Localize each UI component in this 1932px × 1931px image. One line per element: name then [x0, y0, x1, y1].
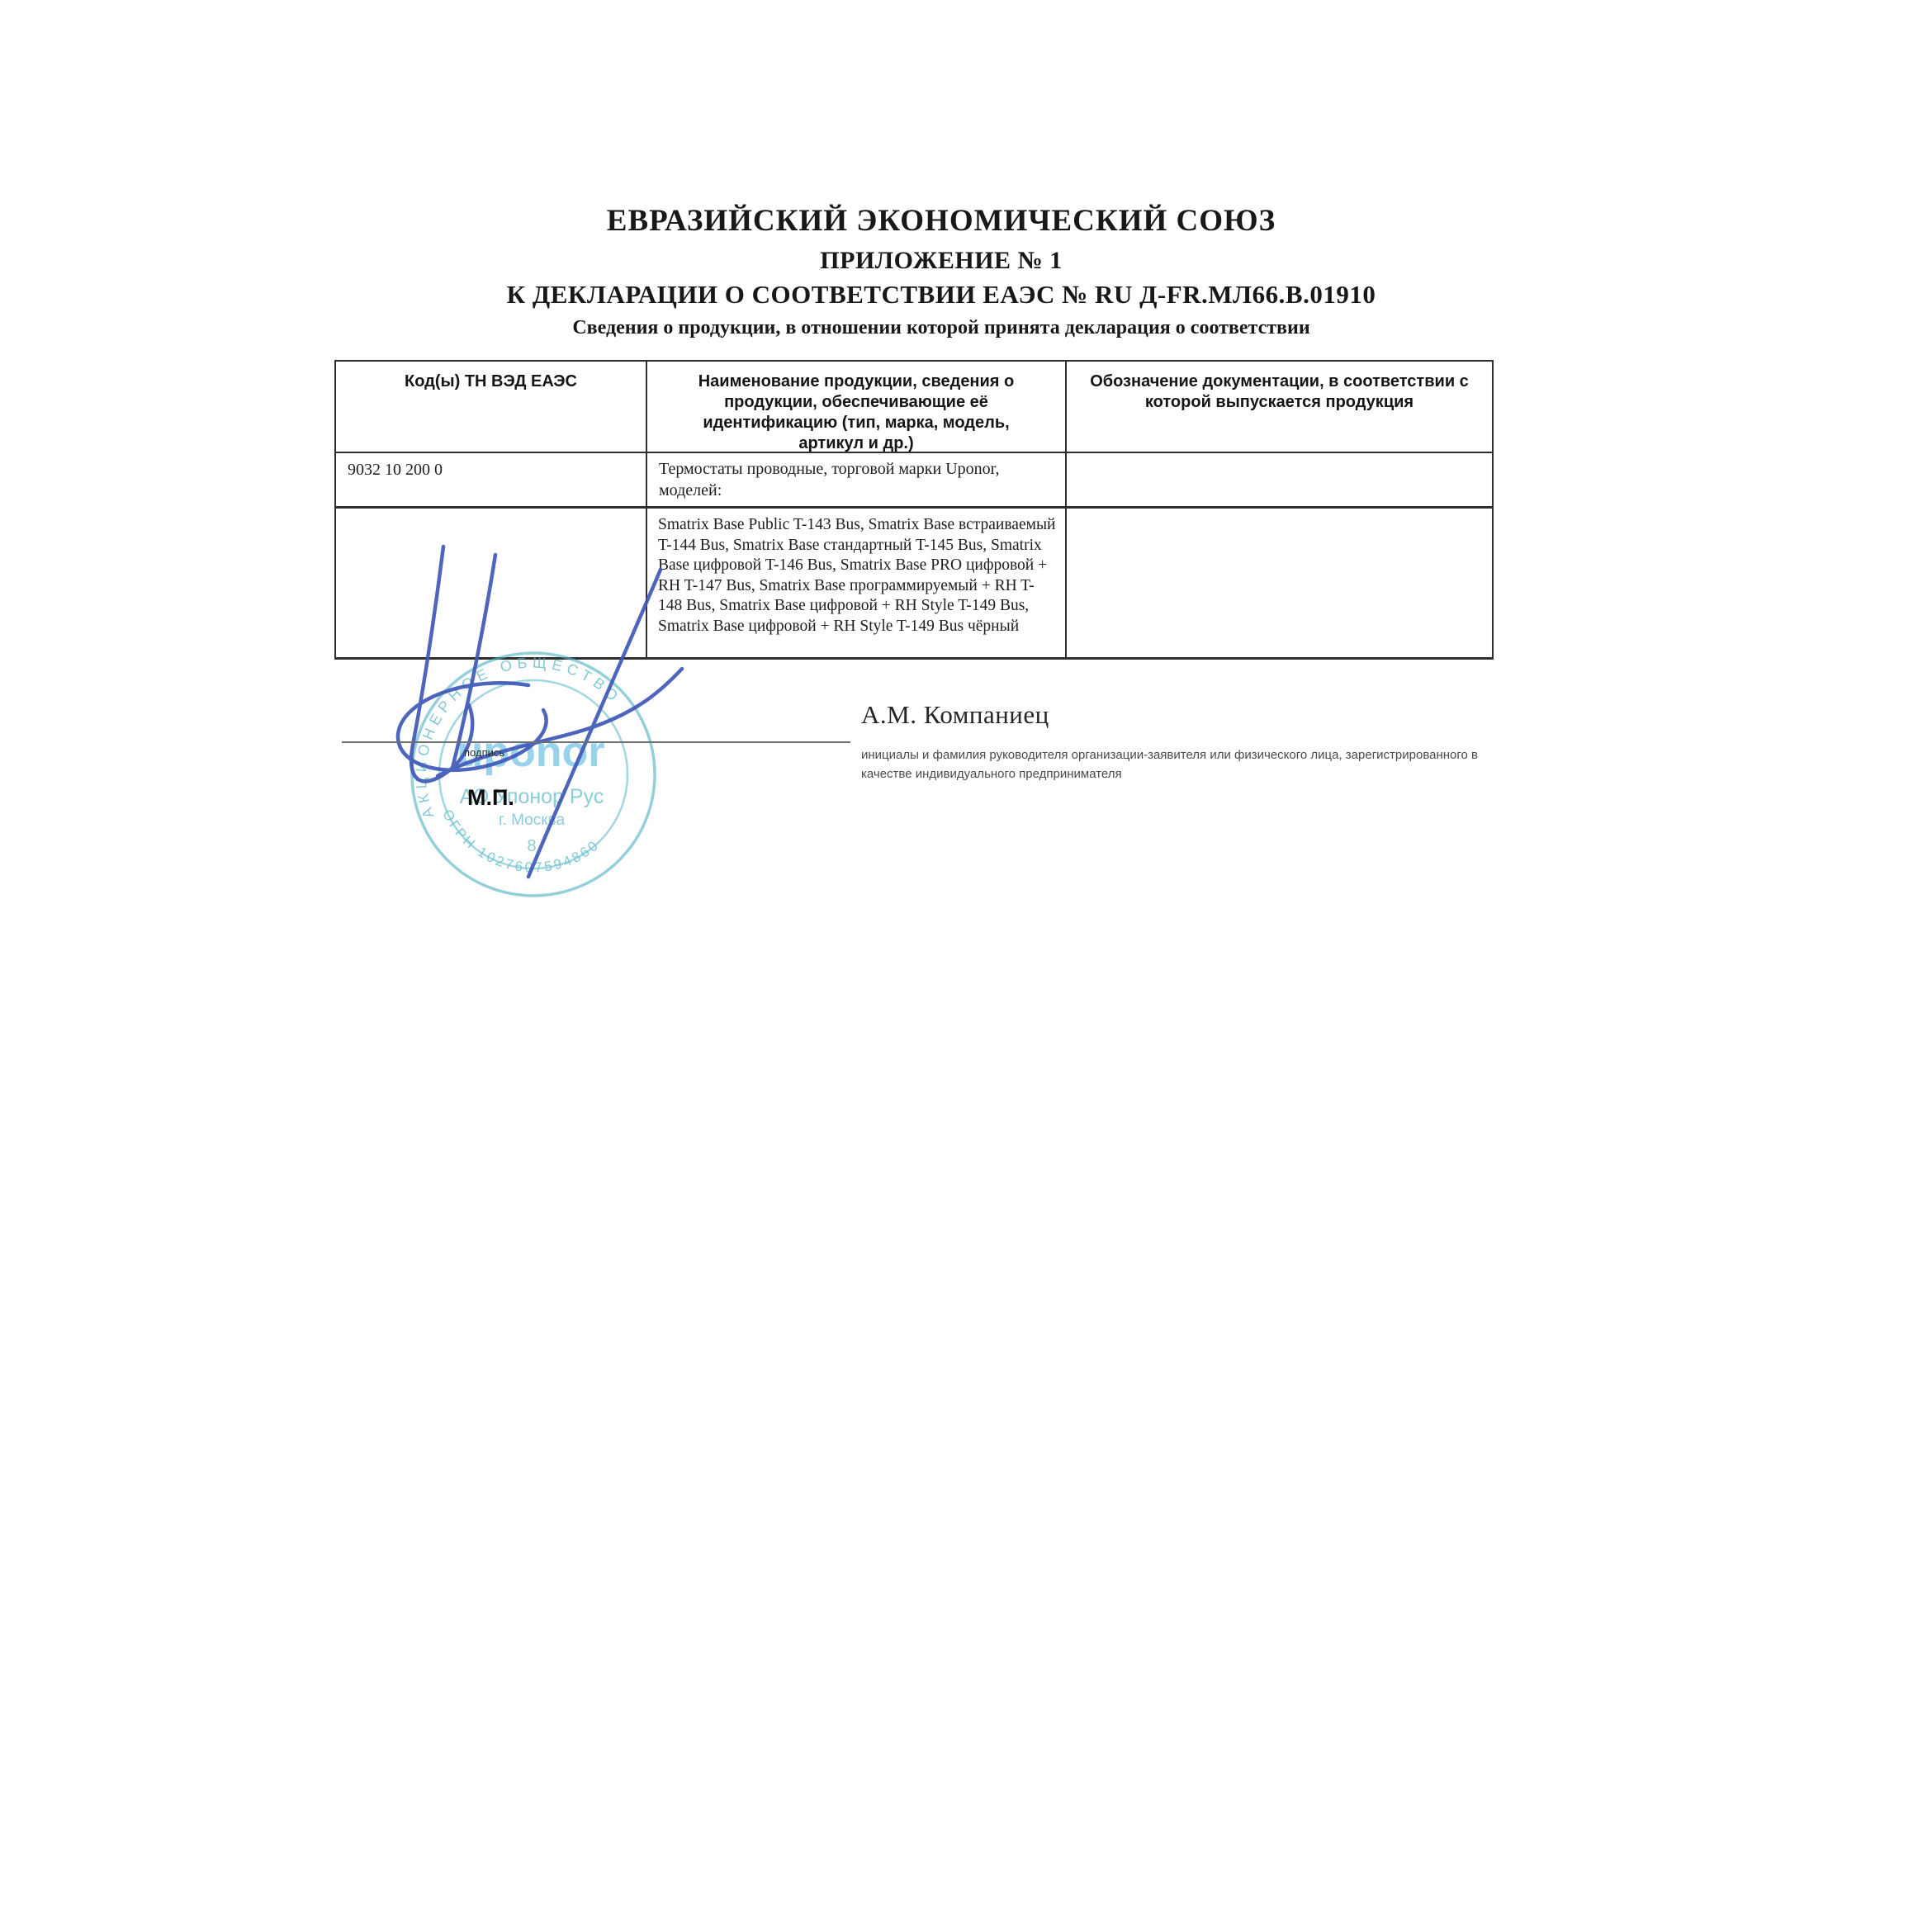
head-name-caption: инициалы и фамилия руководителя организа… [861, 745, 1522, 783]
cell-doc [1066, 452, 1493, 508]
header-cell-name: Наименование продукции, сведения о проду… [646, 361, 1066, 452]
title-union: ЕВРАЗИЙСКИЙ ЭКОНОМИЧЕСКИЙ СОЮЗ [0, 203, 1882, 239]
cell-doc [1066, 508, 1493, 659]
signature-stroke [452, 555, 495, 768]
stamp-place-label: М.П. [467, 785, 514, 811]
table-header-row: Код(ы) ТН ВЭД ЕАЭС Наименование продукци… [335, 361, 1493, 452]
cell-code: 9032 10 200 0 [335, 452, 646, 508]
document-page: ЕВРАЗИЙСКИЙ ЭКОНОМИЧЕСКИЙ СОЮЗ ПРИЛОЖЕНИ… [0, 0, 1932, 1931]
signature-line [342, 741, 850, 743]
handwritten-signature [355, 528, 743, 908]
signature-caption: подпись [464, 746, 504, 759]
head-name: А.М. Компаниец [861, 700, 1049, 730]
table-row: 9032 10 200 0 Термостаты проводные, торг… [335, 452, 1493, 508]
title-declaration-number: К ДЕКЛАРАЦИИ О СООТВЕТСТВИИ ЕАЭС № RU Д-… [0, 280, 1882, 310]
header-cell-code: Код(ы) ТН ВЭД ЕАЭС [335, 361, 646, 452]
cell-name: Термостаты проводные, торговой марки Upo… [646, 452, 1066, 508]
title-subtitle: Сведения о продукции, в отношении которо… [0, 317, 1882, 339]
title-annex: ПРИЛОЖЕНИЕ № 1 [0, 247, 1882, 275]
header-cell-doc: Обозначение документации, в соответствии… [1066, 361, 1493, 452]
signature-stroke [528, 570, 661, 877]
